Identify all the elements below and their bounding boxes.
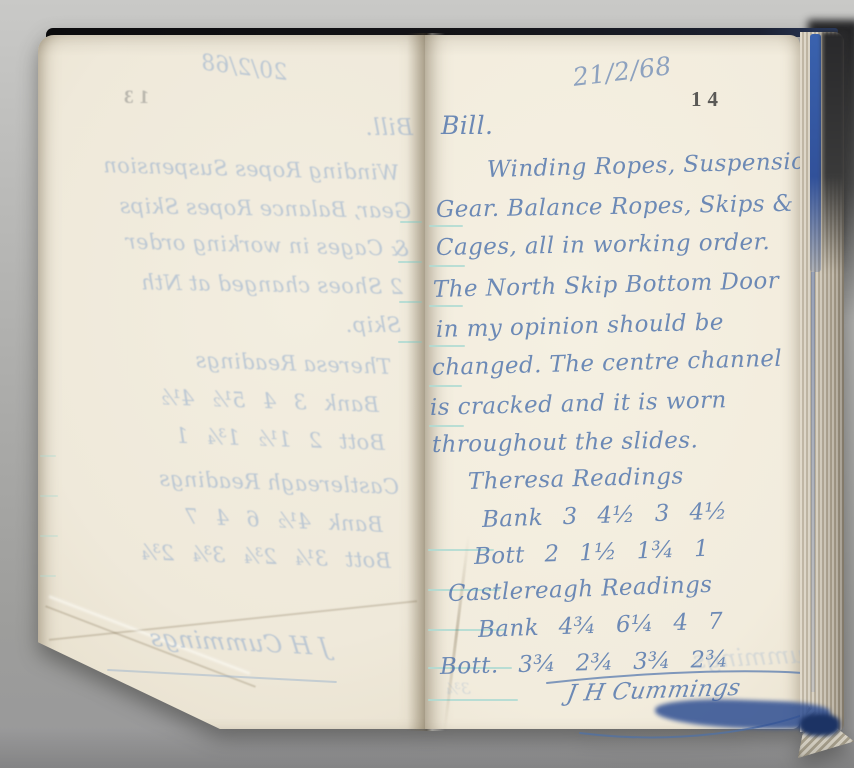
bleedthrough-line: Theresa Readings [195, 348, 392, 379]
handwritten-line: throughout the slides. [432, 427, 699, 458]
ghost-reading: 3¾ [445, 679, 471, 698]
bleedthrough-line: Bank 3 4 5½ 4½ [159, 385, 379, 417]
page-date: 20/2/68 [199, 51, 288, 86]
ruled-line [429, 345, 465, 347]
page-number: 14 [691, 87, 724, 112]
open-notebook: 20/2/68 13 Bill. Winding Ropes Suspensio… [38, 28, 844, 734]
handwritten-line: The North Skip Bottom Door [433, 268, 780, 303]
left-page: 20/2/68 13 Bill. Winding Ropes Suspensio… [38, 35, 425, 729]
handwritten-line: is cracked and it is worn [430, 387, 727, 421]
page-date: 21/2/68 [571, 51, 673, 92]
handwritten-line: changed. The centre channel [432, 346, 783, 381]
handwritten-line: Theresa Readings [468, 463, 684, 495]
signature-flourish [107, 669, 337, 683]
blue-cover-edge-faint [811, 272, 815, 692]
ruled-line [429, 225, 463, 227]
ruled-line [429, 265, 465, 267]
edge-shadow [822, 32, 846, 272]
page-number: 13 [118, 87, 149, 109]
ruled-line [429, 425, 464, 427]
readings-line: Bank 3 4½ 3 4½ [482, 498, 728, 533]
salutation-line: Bill. [365, 115, 413, 141]
readings-line: Bott 2 1½ 1¾ 1 [474, 536, 710, 570]
left-page-bleedthrough: 20/2/68 13 Bill. Winding Ropes Suspensio… [38, 35, 425, 729]
handwritten-line: Winding Ropes, Suspension [487, 148, 821, 183]
bleedthrough-line: Winding Ropes Suspension [103, 153, 400, 185]
bleedthrough-line: Bott 3¼ 2¾ 3¾ 2¾ [139, 540, 391, 573]
bleedthrough-line: Castlereagh Readings [158, 467, 399, 499]
bleedthrough-line: Skip. [346, 313, 401, 337]
page-crease [443, 536, 470, 733]
salutation-line: Bill. [441, 111, 493, 140]
blue-cover-edge [810, 34, 821, 272]
ruled-line [428, 699, 518, 701]
bleedthrough-line: Bott 2 1½ 1¾ 1 [175, 424, 386, 455]
notebook-scan: 20/2/68 13 Bill. Winding Ropes Suspensio… [0, 0, 854, 768]
readings-line: Bank 4¾ 6¼ 4 7 [478, 608, 724, 643]
ruled-line [429, 385, 462, 387]
bleedthrough-line: Bank 4½ 6 4 7 [184, 504, 383, 537]
bleedthrough-line: & Cages in working order [125, 230, 409, 261]
readings-line: Castlereagh Readings [448, 572, 713, 607]
bleedthrough-line: 2 Shoes changed at Nth [140, 270, 403, 299]
ruled-line [429, 305, 463, 307]
signature: J H Cummings [148, 623, 331, 661]
handwritten-line: Gear. Balance Ropes, Skips & [436, 191, 794, 223]
right-page: 21/2/68 14 Bill. Winding Ropes, Suspensi… [425, 35, 800, 729]
scanner-shadow-bottom [0, 728, 854, 768]
bleedthrough-line: Gear, Balance Ropes Skips [119, 194, 411, 223]
handwritten-line: Cages, all in working order. [436, 229, 771, 261]
handwritten-line: in my opinion should be [436, 309, 724, 343]
